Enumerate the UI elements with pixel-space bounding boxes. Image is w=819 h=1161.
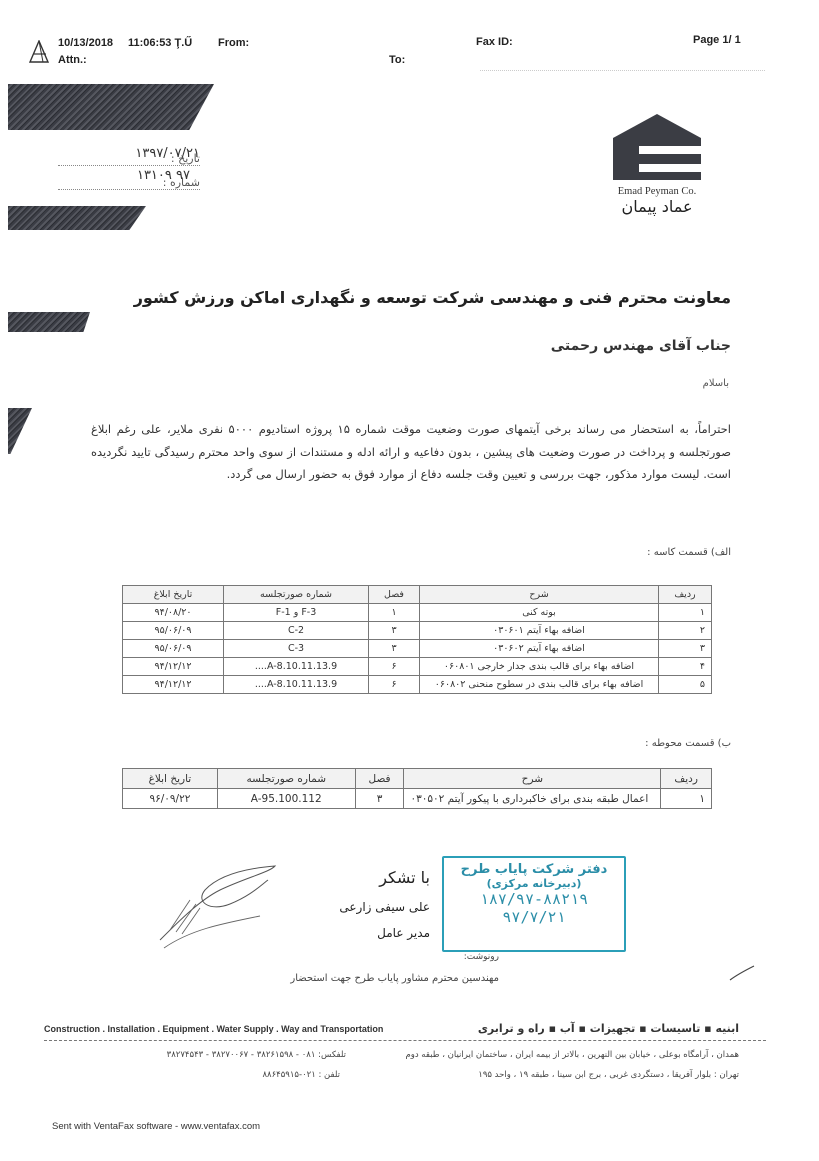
letter-body: احتراماً، به استحضار می رساند برخی آیتمه… — [91, 418, 731, 486]
cell-date: ۹۴/۱۲/۱۲ — [123, 658, 224, 676]
letter-number-label: شماره : — [163, 176, 200, 189]
cell-description: بوته کنی — [420, 604, 659, 622]
company-house-icon — [611, 112, 703, 182]
scan-artifact-edge — [8, 408, 32, 454]
cell-date: ۹۴/۰۸/۲۰ — [123, 604, 224, 622]
scan-artifact-band — [8, 312, 90, 332]
cell-minutes: F-3 و F-1 — [224, 604, 369, 622]
stamp-title: دفتر شرکت پایاب طرح — [444, 862, 624, 877]
footer-phone-label: تلفن : — [318, 1070, 340, 1080]
cell-chapter: ۳ — [355, 789, 404, 809]
table-row: ۲ اضافه بهاء آیتم ۰۳۰۶۰۱ ۳ C-2 ۹۵/۰۶/۰۹ — [123, 622, 712, 640]
table-row: ۵ اضافه بهاء برای قالب بندی در سطوح منحن… — [123, 676, 712, 694]
cell-row: ۵ — [659, 676, 712, 694]
table-header-row: ردیف شرح فصل شماره صورتجلسه تاریخ ابلاغ — [123, 586, 712, 604]
fax-from-label: From: — [218, 37, 249, 49]
fax-id-label: Fax ID: — [476, 36, 513, 48]
cell-date: ۹۵/۰۶/۰۹ — [123, 622, 224, 640]
cell-chapter: ۱ — [369, 604, 420, 622]
cell-row: ۴ — [659, 658, 712, 676]
section-a-table: ردیف شرح فصل شماره صورتجلسه تاریخ ابلاغ … — [122, 585, 712, 694]
checkmark-icon — [728, 964, 756, 984]
cell-chapter: ۳ — [369, 622, 420, 640]
letterhead-band-top — [8, 84, 214, 130]
letter-number-label-row: شماره : — [58, 176, 200, 190]
cell-description: اضافه بهاء برای قالب بندی در سطوح منحنی … — [420, 676, 659, 694]
col-row: ردیف — [659, 586, 712, 604]
signature-block: با تشکر علی سیفی زارعی مدیر عامل — [150, 860, 430, 950]
col-chapter: فصل — [369, 586, 420, 604]
fax-logo-icon — [28, 40, 50, 64]
cell-description: اضافه بهاء آیتم ۰۳۰۶۰۱ — [420, 622, 659, 640]
letterhead-band-bottom — [8, 206, 146, 230]
col-notice-date: تاریخ ابلاغ — [123, 769, 218, 789]
footer-phone-row: تلفن : ۰۲۱-۸۸۶۴۵۹۱۵ — [210, 1070, 340, 1080]
section-b-label: ب) قسمت محوطه : — [645, 738, 731, 749]
fax-page-label: Page 1/ 1 — [693, 34, 741, 46]
fax-time: 11:06:53 Ţ.Ű — [128, 37, 192, 49]
signature-title: مدیر عامل — [377, 926, 430, 940]
cell-description: اعمال طبقه بندی برای خاکبرداری با پیکور … — [404, 789, 661, 809]
stamp-number: ۱۸۷/۹۷-۸۸۲۱۹ — [444, 890, 624, 908]
col-minutes-number: شماره صورتجلسه — [217, 769, 355, 789]
cell-row: ۲ — [659, 622, 712, 640]
handwritten-signature-icon — [150, 860, 280, 950]
table-row: ۴ اضافه بهاء برای قالب بندی جدار خارجی ۰… — [123, 658, 712, 676]
stamp-date: ۹۷/۷/۲۱ — [444, 908, 624, 926]
fax-date: 10/13/2018 — [58, 37, 113, 49]
footer-services-en: Construction . Installation . Equipment … — [44, 1024, 383, 1034]
company-logo: Emad Peyman Co. عماد پیمان — [594, 112, 720, 222]
recipient-line-1: معاونت محترم فنی و مهندسی شرکت توسعه و ن… — [134, 288, 731, 307]
table-row: ۱ بوته کنی ۱ F-3 و F-1 ۹۴/۰۸/۲۰ — [123, 604, 712, 622]
cell-row: ۱ — [661, 789, 712, 809]
cell-minutes: C-2 — [224, 622, 369, 640]
fax-attn-label: Attn.: — [58, 54, 87, 66]
cell-date: ۹۶/۰۹/۲۲ — [123, 789, 218, 809]
section-a-label: الف) قسمت کاسه : — [647, 547, 731, 558]
cell-description: اضافه بهاء برای قالب بندی جدار خارجی ۰۶۰… — [420, 658, 659, 676]
cell-row: ۱ — [659, 604, 712, 622]
footer-divider — [44, 1040, 766, 1041]
col-minutes-number: شماره صورتجلسه — [224, 586, 369, 604]
col-description: شرح — [404, 769, 661, 789]
cell-minutes: A-8.10.11.13.9.... — [224, 658, 369, 676]
company-name-fa: عماد پیمان — [594, 197, 720, 216]
cell-chapter: ۳ — [369, 640, 420, 658]
cell-chapter: ۶ — [369, 658, 420, 676]
signature-name: علی سیفی زارعی — [339, 900, 430, 914]
table-row: ۳ اضافه بهاء آیتم ۰۳۰۶۰۲ ۳ C-3 ۹۵/۰۶/۰۹ — [123, 640, 712, 658]
signature-closing: با تشکر — [379, 868, 430, 887]
cell-row: ۳ — [659, 640, 712, 658]
cell-description: اضافه بهاء آیتم ۰۳۰۶۰۲ — [420, 640, 659, 658]
cc-note: مهندسین محترم مشاور پایاب طرح جهت استحضا… — [290, 973, 499, 984]
faded-header-line — [480, 70, 765, 71]
cc-label: رونوشت: — [464, 952, 499, 962]
greeting: باسلام — [703, 378, 729, 389]
fax-to-label: To: — [389, 54, 405, 66]
cell-minutes: A-95.100.112 — [217, 789, 355, 809]
cell-date: ۹۵/۰۶/۰۹ — [123, 640, 224, 658]
col-chapter: فصل — [355, 769, 404, 789]
table-header-row: ردیف شرح فصل شماره صورتجلسه تاریخ ابلاغ — [123, 769, 712, 789]
section-b-table: ردیف شرح فصل شماره صورتجلسه تاریخ ابلاغ … — [122, 768, 712, 809]
table-row: ۱ اعمال طبقه بندی برای خاکبرداری با پیکو… — [123, 789, 712, 809]
footer-address-tehran: تهران : بلوار آفریقا ، دستگردی غربی ، بر… — [319, 1070, 739, 1080]
received-stamp: دفتر شرکت پایاب طرح (دبیرخانه مرکزی) ۱۸۷… — [442, 856, 626, 952]
fax-software-notice: Sent with VentaFax software - www.ventaf… — [52, 1121, 260, 1132]
cell-minutes: C-3 — [224, 640, 369, 658]
footer-phone-number: ۰۲۱-۸۸۶۴۵۹۱۵ — [262, 1070, 315, 1080]
cell-chapter: ۶ — [369, 676, 420, 694]
col-row: ردیف — [661, 769, 712, 789]
company-name-en: Emad Peyman Co. — [594, 186, 720, 197]
footer-services-fa: ابنیه ▪ تاسیسات ▪ تجهیزات ▪ آب ▪ راه و ت… — [478, 1022, 739, 1035]
recipient-line-2: جناب آقای مهندس رحمتی — [551, 338, 731, 354]
footer-fax-numbers: ۰۸۱ - ۳۸۲۶۱۵۹۸ - ۳۸۲۷۰۰۶۷ - ۳۸۲۷۴۵۴۳ — [167, 1050, 316, 1060]
stamp-subtitle: (دبیرخانه مرکزی) — [444, 877, 624, 890]
footer-fax-label: تلفکس: — [318, 1050, 346, 1060]
cell-date: ۹۴/۱۲/۱۲ — [123, 676, 224, 694]
col-description: شرح — [420, 586, 659, 604]
cell-minutes: A-8.10.11.13.9.... — [224, 676, 369, 694]
col-notice-date: تاریخ ابلاغ — [123, 586, 224, 604]
footer-fax-row: تلفکس: ۰۸۱ - ۳۸۲۶۱۵۹۸ - ۳۸۲۷۰۰۶۷ - ۳۸۲۷۴… — [46, 1050, 346, 1060]
